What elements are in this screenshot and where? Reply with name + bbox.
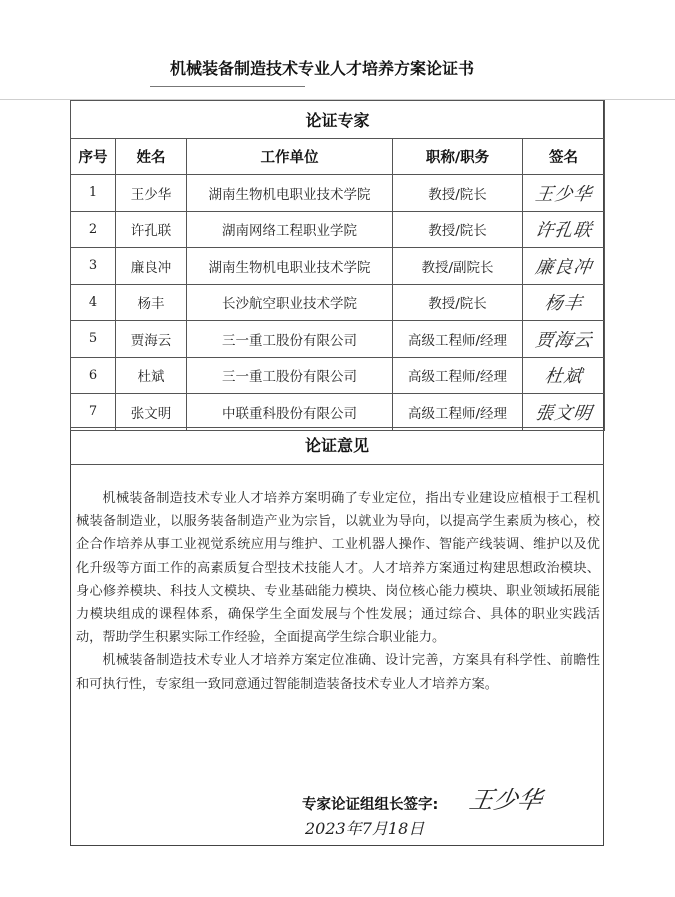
experts-heading: 论证专家 bbox=[71, 101, 605, 139]
handwritten-signature: 王少华 bbox=[520, 175, 607, 212]
cell-org: 湖南生物机电职业技术学院 bbox=[187, 175, 393, 212]
cell-name: 杨丰 bbox=[116, 284, 187, 321]
handwritten-signature: 杨丰 bbox=[520, 284, 607, 321]
handwritten-signature: 贾海云 bbox=[520, 321, 607, 358]
cell-org: 三一重工股份有限公司 bbox=[187, 321, 393, 358]
cell-name: 贾海云 bbox=[116, 321, 187, 358]
cell-title: 教授/院长 bbox=[393, 175, 523, 212]
col-title: 职称/职务 bbox=[393, 139, 523, 175]
table-row: 2 许孔联 湖南网络工程职业学院 教授/院长 许孔联 bbox=[71, 211, 605, 248]
cell-name: 张文明 bbox=[116, 394, 187, 431]
handwritten-signature: 杜斌 bbox=[520, 357, 607, 394]
cell-seq: 6 bbox=[71, 357, 116, 394]
handwritten-signature: 張文明 bbox=[520, 394, 607, 431]
cell-name: 王少华 bbox=[116, 175, 187, 212]
opinion-paragraph: 机械装备制造技术专业人才培养方案定位准确、设计完善，方案具有科学性、前瞻性和可执… bbox=[76, 649, 600, 695]
document-title: 机械装备制造技术专业人才培养方案论证书 bbox=[170, 56, 510, 79]
cell-org: 长沙航空职业技术学院 bbox=[187, 284, 393, 321]
cell-org: 湖南网络工程职业学院 bbox=[187, 211, 393, 248]
table-row: 4 杨丰 长沙航空职业技术学院 教授/院长 杨丰 bbox=[71, 284, 605, 321]
opinion-paragraph: 机械装备制造技术专业人才培养方案明确了专业定位，指出专业建设应植根于工程机械装备… bbox=[76, 487, 600, 649]
cell-title: 教授/院长 bbox=[393, 211, 523, 248]
cell-title: 教授/院长 bbox=[393, 284, 523, 321]
cell-title: 教授/副院长 bbox=[393, 248, 523, 285]
table-row: 3 廉良冲 湖南生物机电职业技术学院 教授/副院长 廉良冲 bbox=[71, 248, 605, 285]
table-row: 6 杜斌 三一重工股份有限公司 高级工程师/经理 杜斌 bbox=[71, 357, 605, 394]
table-row: 1 王少华 湖南生物机电职业技术学院 教授/院长 王少华 bbox=[71, 175, 605, 212]
cell-name: 廉良冲 bbox=[116, 248, 187, 285]
cell-seq: 5 bbox=[71, 321, 116, 358]
col-seq: 序号 bbox=[71, 139, 116, 175]
cell-org: 三一重工股份有限公司 bbox=[187, 357, 393, 394]
cell-seq: 7 bbox=[71, 394, 116, 431]
col-signature: 签名 bbox=[523, 139, 605, 175]
table-header-row: 序号 姓名 工作单位 职称/职务 签名 bbox=[71, 139, 605, 175]
cell-seq: 1 bbox=[71, 175, 116, 212]
opinion-body: 机械装备制造技术专业人才培养方案明确了专业定位，指出专业建设应植根于工程机械装备… bbox=[76, 487, 600, 696]
cell-org: 湖南生物机电职业技术学院 bbox=[187, 248, 393, 285]
table-row: 5 贾海云 三一重工股份有限公司 高级工程师/经理 贾海云 bbox=[71, 321, 605, 358]
leader-handwritten-signature: 王少华 bbox=[467, 780, 545, 815]
cell-seq: 2 bbox=[71, 211, 116, 248]
cell-org: 中联重科股份有限公司 bbox=[187, 394, 393, 431]
col-org: 工作单位 bbox=[187, 139, 393, 175]
leader-sign-label: 专家论证组组长签字: bbox=[302, 793, 438, 814]
experts-table: 论证专家 序号 姓名 工作单位 职称/职务 签名 1 王少华 湖南生物机电职业技… bbox=[70, 100, 605, 431]
cell-seq: 3 bbox=[71, 248, 116, 285]
cell-title: 高级工程师/经理 bbox=[393, 394, 523, 431]
handwritten-signature: 廉良冲 bbox=[520, 248, 607, 285]
handwritten-signature: 许孔联 bbox=[520, 211, 607, 248]
col-name: 姓名 bbox=[116, 139, 187, 175]
cell-name: 许孔联 bbox=[116, 211, 187, 248]
opinion-heading: 论证意见 bbox=[70, 427, 604, 465]
cell-title: 高级工程师/经理 bbox=[393, 321, 523, 358]
sign-date: 2023年7月18日 bbox=[305, 816, 424, 839]
cell-seq: 4 bbox=[71, 284, 116, 321]
cell-name: 杜斌 bbox=[116, 357, 187, 394]
cell-title: 高级工程师/经理 bbox=[393, 357, 523, 394]
title-underline bbox=[150, 86, 305, 87]
table-row: 7 张文明 中联重科股份有限公司 高级工程师/经理 張文明 bbox=[71, 394, 605, 431]
